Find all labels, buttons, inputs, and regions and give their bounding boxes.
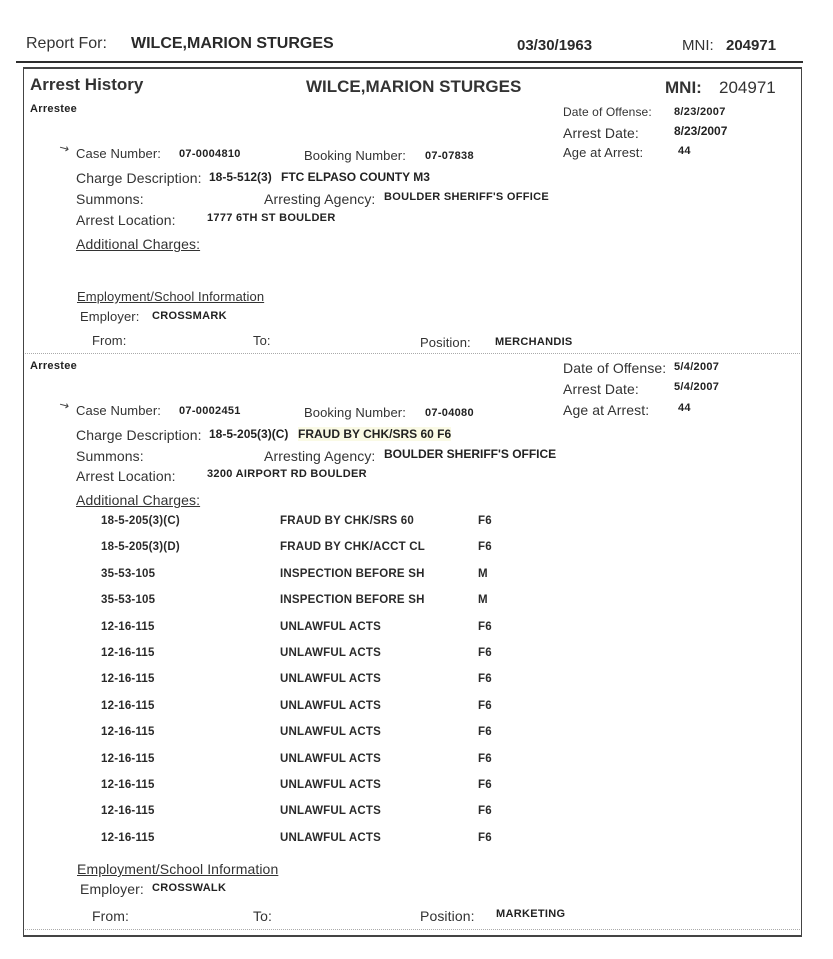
charge-text: FRAUD BY CHK/SRS 60 F6 (298, 427, 451, 441)
from-label: From: (92, 333, 126, 348)
additional-charges-heading: Additional Charges: (76, 492, 200, 508)
case-number-value: 07-0002451 (179, 405, 241, 417)
charge-description: UNLAWFUL ACTS (280, 832, 381, 844)
arrest-history-mni-label: MNI: (665, 78, 702, 98)
age-at-arrest-label: Age at Arrest: (563, 402, 649, 418)
employer-label: Employer: (80, 881, 144, 897)
employer-value: CROSSWALK (152, 882, 226, 894)
report-subject-name: WILCE,MARION STURGES (131, 35, 334, 53)
charge-class: M (478, 568, 488, 580)
age-at-arrest-value: 44 (678, 402, 691, 414)
charge-class: F6 (478, 726, 492, 738)
arrestee-label: Arrestee (30, 360, 77, 372)
arrest-history-mni: 204971 (719, 78, 776, 98)
charge-code: 12-16-115 (101, 832, 155, 844)
charge-code: 35-53-105 (101, 568, 155, 580)
charge-description-label: Charge Description: (76, 170, 202, 186)
charge-description: UNLAWFUL ACTS (280, 805, 381, 817)
summons-label: Summons: (76, 448, 144, 464)
report-mni: 204971 (726, 37, 776, 54)
charge-class: F6 (478, 621, 492, 633)
arrest-date-label: Arrest Date: (563, 381, 639, 397)
case-number-label: Case Number: (76, 403, 161, 418)
charge-description: UNLAWFUL ACTS (280, 779, 381, 791)
arrest-date-value: 8/23/2007 (674, 124, 727, 138)
arresting-agency-label: Arresting Agency: (264, 448, 375, 464)
charge-description: UNLAWFUL ACTS (280, 700, 381, 712)
charge-class: F6 (478, 673, 492, 685)
arrest-location-value: 3200 AIRPORT RD BOULDER (207, 468, 367, 480)
date-of-offense-value: 5/4/2007 (674, 361, 719, 373)
charge-code: 12-16-115 (101, 779, 155, 791)
charge-description: FRAUD BY CHK/SRS 60 (280, 515, 414, 527)
employer-value: CROSSMARK (152, 310, 227, 322)
charge-description: UNLAWFUL ACTS (280, 726, 381, 738)
date-of-offense-label: Date of Offense: (563, 360, 666, 376)
arrest-location-label: Arrest Location: (76, 212, 176, 228)
date-of-offense-value: 8/23/2007 (674, 106, 726, 118)
from-label: From: (92, 908, 129, 924)
charge-class: F6 (478, 541, 492, 553)
charge-code: 12-16-115 (101, 753, 155, 765)
charge-class: F6 (478, 647, 492, 659)
charge-text: FTC ELPASO COUNTY M3 (281, 170, 430, 184)
charge-code: 35-53-105 (101, 594, 155, 606)
charge-description: UNLAWFUL ACTS (280, 647, 381, 659)
employment-heading: Employment/School Information (77, 861, 278, 877)
charge-description-label: Charge Description: (76, 427, 202, 443)
arresting-agency-value: BOULDER SHERIFF'S OFFICE (384, 191, 549, 203)
charge-code: 12-16-115 (101, 621, 155, 633)
charge-class: F6 (478, 805, 492, 817)
charge-code: 18-5-205(3)(D) (101, 541, 180, 553)
to-label: To: (253, 908, 272, 924)
charge-code: 12-16-115 (101, 805, 155, 817)
charge-class: F6 (478, 515, 492, 527)
report-for-label: Report For: (26, 35, 107, 53)
report-mni-label: MNI: (682, 37, 714, 54)
arrest-history-name: WILCE,MARION STURGES (306, 77, 521, 97)
position-label: Position: (420, 908, 475, 924)
arrestee-label: Arrestee (30, 103, 77, 115)
report-dob: 03/30/1963 (517, 37, 592, 54)
arresting-agency-value: BOULDER SHERIFF'S OFFICE (384, 447, 556, 461)
age-at-arrest-value: 44 (678, 145, 691, 157)
charge-code: 12-16-115 (101, 673, 155, 685)
charge-class: F6 (478, 779, 492, 791)
case-number-label: Case Number: (76, 146, 161, 161)
summons-label: Summons: (76, 191, 144, 207)
charge-class: F6 (478, 700, 492, 712)
header-divider (16, 61, 803, 63)
record-separator (25, 353, 800, 354)
charge-description: UNLAWFUL ACTS (280, 673, 381, 685)
charge-description: UNLAWFUL ACTS (280, 753, 381, 765)
arrest-history-title: Arrest History (30, 75, 143, 95)
charge-code: 12-16-115 (101, 726, 155, 738)
arresting-agency-label: Arresting Agency: (264, 191, 375, 207)
employer-label: Employer: (80, 309, 139, 324)
booking-number-label: Booking Number: (304, 405, 406, 420)
charge-statute: 18-5-205(3)(C) (209, 427, 288, 441)
charge-code: 18-5-205(3)(C) (101, 515, 180, 527)
charge-class: F6 (478, 753, 492, 765)
charge-description: UNLAWFUL ACTS (280, 621, 381, 633)
arrest-date-label: Arrest Date: (563, 125, 639, 141)
charge-class: F6 (478, 832, 492, 844)
position-label: Position: (420, 335, 471, 350)
charge-class: M (478, 594, 488, 606)
position-value: MERCHANDIS (495, 336, 573, 348)
charge-code: 12-16-115 (101, 647, 155, 659)
employment-heading: Employment/School Information (77, 289, 264, 304)
charge-description: FRAUD BY CHK/ACCT CL (280, 541, 425, 553)
age-at-arrest-label: Age at Arrest: (563, 145, 643, 160)
booking-number-value: 07-04080 (425, 407, 474, 419)
record-separator (25, 929, 800, 930)
additional-charges-heading: Additional Charges: (76, 236, 200, 252)
to-label: To: (253, 333, 271, 348)
charge-statute: 18-5-512(3) (209, 170, 272, 184)
booking-number-value: 07-07838 (425, 150, 474, 162)
arrest-location-label: Arrest Location: (76, 468, 176, 484)
arrest-date-value: 5/4/2007 (674, 381, 719, 393)
charge-description: INSPECTION BEFORE SH (280, 568, 425, 580)
charge-description: INSPECTION BEFORE SH (280, 594, 425, 606)
position-value: MARKETING (496, 908, 565, 920)
date-of-offense-label: Date of Offense: (563, 105, 652, 119)
booking-number-label: Booking Number: (304, 148, 406, 163)
arrest-location-value: 1777 6TH ST BOULDER (207, 212, 336, 224)
charge-code: 12-16-115 (101, 700, 155, 712)
case-number-value: 07-0004810 (179, 148, 241, 160)
